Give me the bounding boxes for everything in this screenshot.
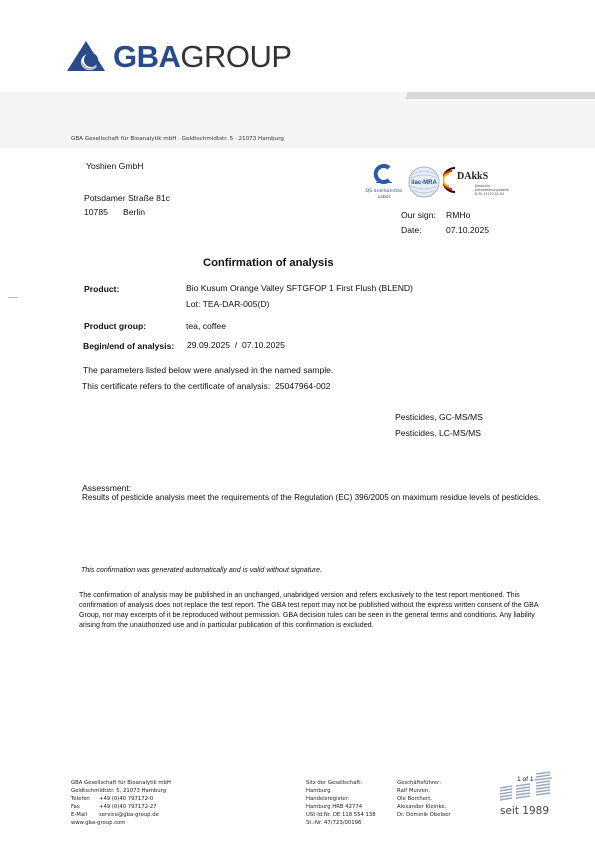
dakks-certification: DAkkS Deutsche Akkreditierungsstelle D-P… (443, 166, 509, 196)
footer-email[interactable]: service@gba-group.de (99, 812, 159, 818)
parameter-item: Pesticides, GC-MS/MS (395, 412, 483, 422)
sut-logo-icon (498, 768, 556, 804)
footer-directors-label: Geschäftsführer: (397, 779, 451, 787)
certificate-reference-prefix: This certificate refers to the certifica… (82, 381, 270, 391)
lot-value: Lot: TEA-DAR-005(D) (186, 299, 269, 309)
dakks-name: DAkkS (457, 171, 509, 182)
footer-register: Hamburg HRB 42774 (306, 803, 376, 811)
product-group-label: Product group: (84, 321, 146, 331)
analysis-period-value: 29.09.2025 / 07.10.2025 (187, 340, 285, 350)
logo-group: GROUP (180, 39, 291, 74)
sender-line: GBA Gesellschaft für Bioanalytik mbH · G… (71, 136, 284, 142)
our-sign-label: Our sign: (401, 210, 436, 220)
since-year: seit 1989 (500, 805, 549, 817)
footer-vat: USt-Id.Nr. DE 118 554 138 (306, 811, 376, 819)
footer-seat: Hamburg (306, 787, 376, 795)
qs-logo-icon (373, 164, 395, 184)
footer-website[interactable]: www.gba-group.com (71, 819, 171, 827)
disclaimer-text: The confirmation of analysis may be publ… (79, 590, 549, 630)
footer-fax: +49 (0)40 797172-27 (99, 804, 157, 810)
footer-director: Alexander Kleinke, (397, 803, 451, 811)
footer-phone-label: Telefon (71, 795, 99, 803)
recipient-postcode: 10785 (84, 207, 108, 217)
dakks-logo-icon (443, 166, 457, 194)
svg-text:ilac-MRA: ilac-MRA (411, 180, 437, 186)
analysis-period-label: Begin/end of analysis: (83, 341, 174, 351)
parameter-item: Pesticides, LC-MS/MS (395, 428, 481, 438)
footer-registration: Sitz der Gesellschaft: Hamburg Handelsre… (306, 779, 376, 827)
date-label: Date: (401, 225, 422, 235)
logo-wordmark: GBAGROUP (113, 41, 292, 72)
product-label: Product: (84, 284, 119, 294)
header-band-accent (405, 92, 595, 99)
footer-phone: +49 (0)40 797172-0 (99, 796, 153, 802)
auto-generated-note: This confirmation was generated automati… (81, 566, 322, 574)
footer-address: Goldtschmidtstr. 5, 21073 Hamburg (71, 787, 171, 795)
parameters-intro: The parameters listed below were analyse… (83, 365, 333, 375)
recipient-city: Berlin (123, 207, 145, 217)
sut-logo (498, 768, 558, 809)
footer-fax-label: Fax (71, 803, 99, 811)
footer-director: Ralf Murzen, (397, 787, 451, 795)
certificate-number: 25047964-002 (275, 381, 330, 391)
qs-label-line2: Labor (360, 195, 408, 201)
ilac-certification: ilac-MRA (408, 166, 440, 203)
footer-register-label: Handelsregister: (306, 795, 376, 803)
our-sign-value: RMHo (446, 210, 470, 220)
assessment-label: Assessment: (82, 483, 131, 493)
recipient-street: Potsdamer Straße 81c (84, 193, 170, 203)
certificate-reference: This certificate refers to the certifica… (82, 381, 330, 391)
logo-gba: GBA (113, 39, 180, 74)
footer-seat-label: Sitz der Gesellschaft: (306, 779, 376, 787)
assessment-text: Results of pesticide analysis meet the r… (82, 493, 557, 504)
page-title: Confirmation of analysis (203, 257, 334, 269)
product-group-value: tea, coffee (186, 321, 226, 331)
gba-group-logo: GBAGROUP (67, 38, 292, 74)
footer-email-label: E-Mail (71, 811, 99, 819)
fold-mark (8, 297, 18, 298)
footer-company: GBA Gesellschaft für Bioanalytik mbH (71, 779, 171, 787)
footer-tax: St.-Nr. 47/723/00196 (306, 819, 376, 827)
recipient-name: Yoshien GmbH (86, 161, 143, 171)
ilac-mra-logo-icon: ilac-MRA (408, 166, 440, 198)
footer-directors: Geschäftsführer: Ralf Murzen, Ole Borche… (397, 779, 451, 819)
footer-director: Ole Borchert, (397, 795, 451, 803)
page-number: 1 of 1 (516, 776, 535, 783)
gba-triangle-logo-icon (67, 41, 105, 71)
footer-company-contact: GBA Gesellschaft für Bioanalytik mbH Gol… (71, 779, 171, 827)
footer-director: Dr. Dominik Obeloer (397, 811, 451, 819)
qs-certification: QS-anerkanntes Labor (360, 164, 408, 201)
dakks-sub3: D-PL-14170-01-00 (475, 192, 509, 196)
date-value: 07.10.2025 (446, 225, 489, 235)
product-value: Bio Kusum Orange Valley SFTGFOP 1 First … (186, 283, 413, 293)
